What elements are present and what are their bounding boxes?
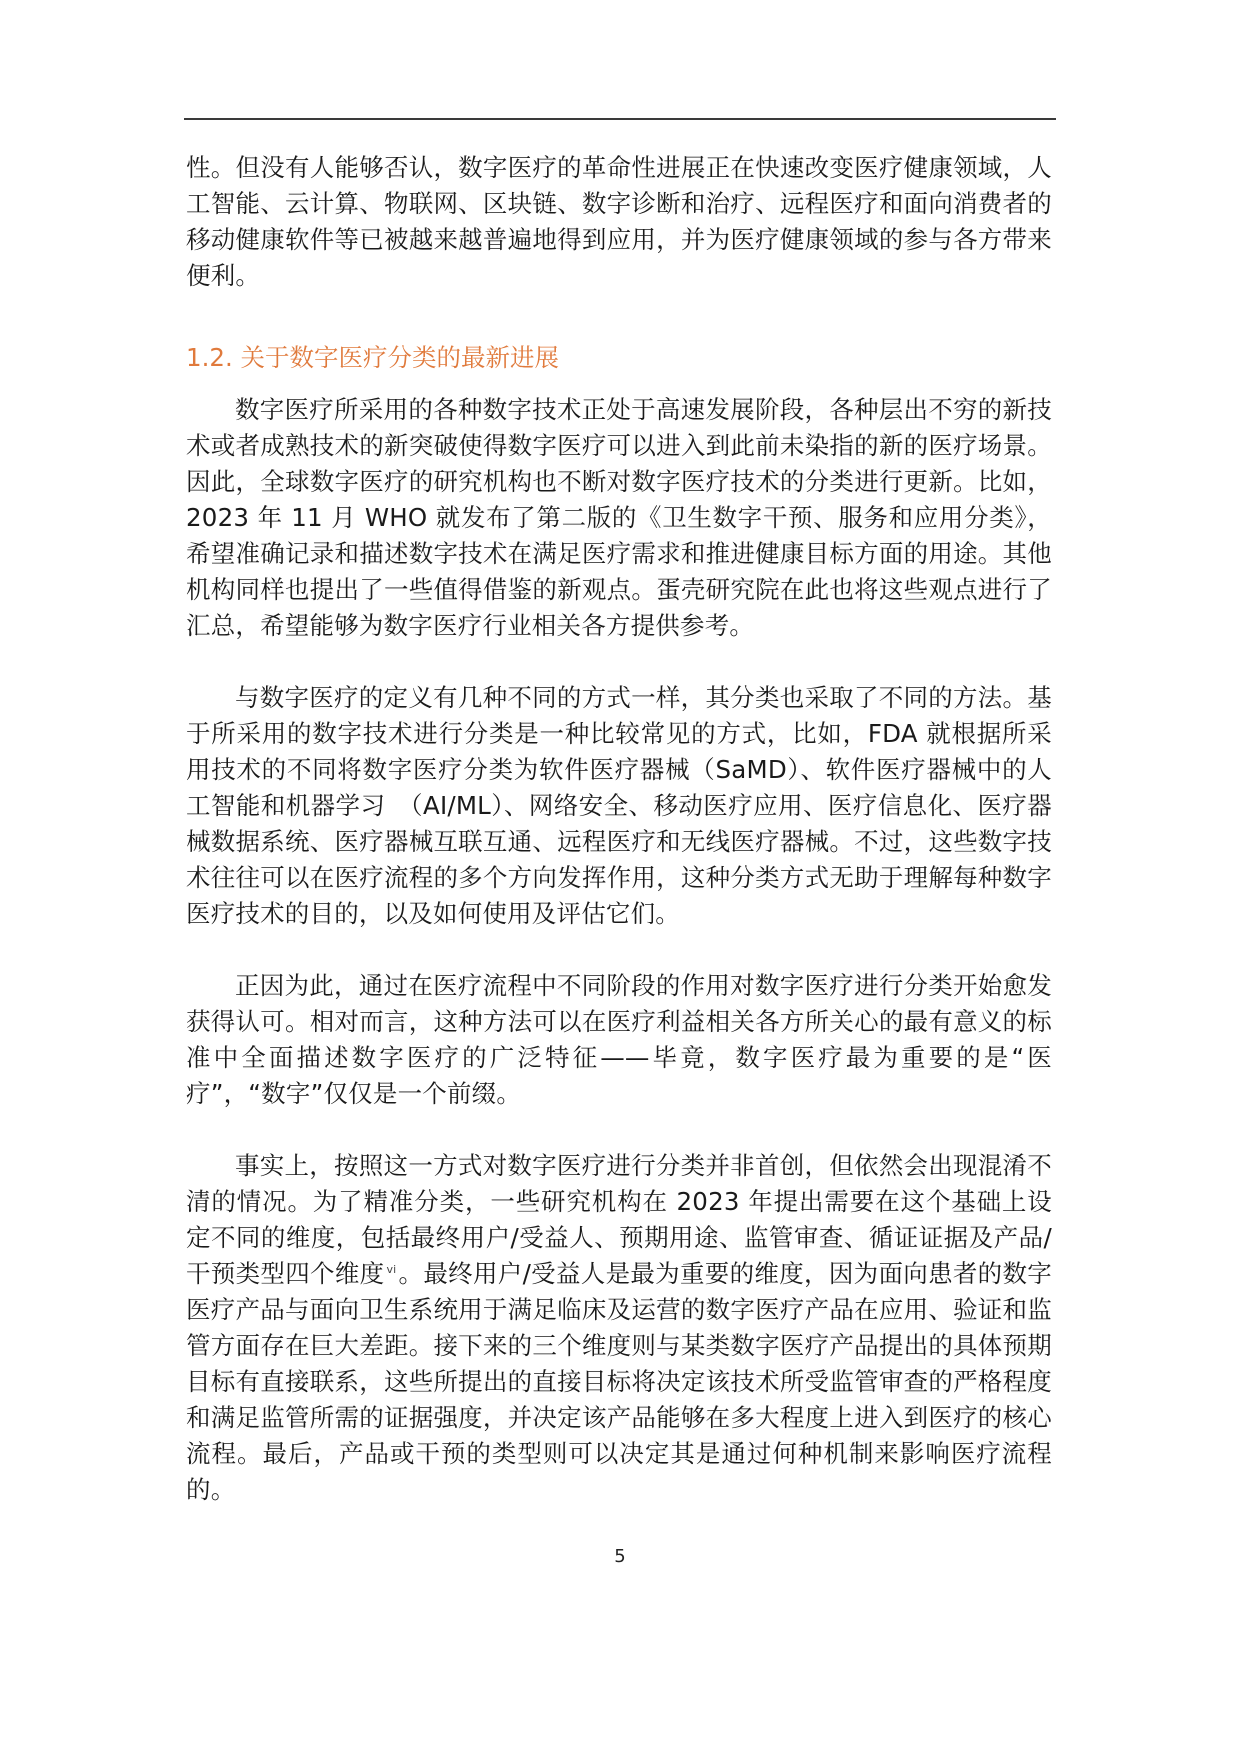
body-paragraph: 正因为此，通过在医疗流程中不同阶段的作用对数字医疗进行分类开始愈发获得认可。相对… xyxy=(186,968,1052,1112)
paragraph-gap xyxy=(186,1112,1052,1148)
paragraph-gap xyxy=(186,932,1052,968)
footnote-reference-link[interactable]: vi xyxy=(386,1263,396,1276)
header-rule xyxy=(184,118,1056,120)
page-body: 性。但没有人能够否认，数字医疗的革命性进展正在快速改变医疗健康领域，人工智能、云… xyxy=(186,150,1052,1508)
continuation-paragraph: 性。但没有人能够否认，数字医疗的革命性进展正在快速改变医疗健康领域，人工智能、云… xyxy=(186,150,1052,294)
body-paragraph: 与数字医疗的定义有几种不同的方式一样，其分类也采取了不同的方法。基于所采用的数字… xyxy=(186,680,1052,932)
page-number: 5 xyxy=(0,1546,1240,1567)
paragraph-text-after-ref: 。最终用户/受益人是最为重要的维度，因为面向患者的数字医疗产品与面向卫生系统用于… xyxy=(186,1259,1052,1504)
body-paragraph: 数字医疗所采用的各种数字技术正处于高速发展阶段，各种层出不穷的新技术或者成熟技术… xyxy=(186,392,1052,644)
spacer xyxy=(186,376,1052,392)
spacer xyxy=(186,294,1052,340)
body-paragraph-with-footnote: 事实上，按照这一方式对数字医疗进行分类并非首创，但依然会出现混淆不清的情况。为了… xyxy=(186,1148,1052,1508)
section-heading: 1.2. 关于数字医疗分类的最新进展 xyxy=(186,340,1052,376)
paragraph-gap xyxy=(186,644,1052,680)
